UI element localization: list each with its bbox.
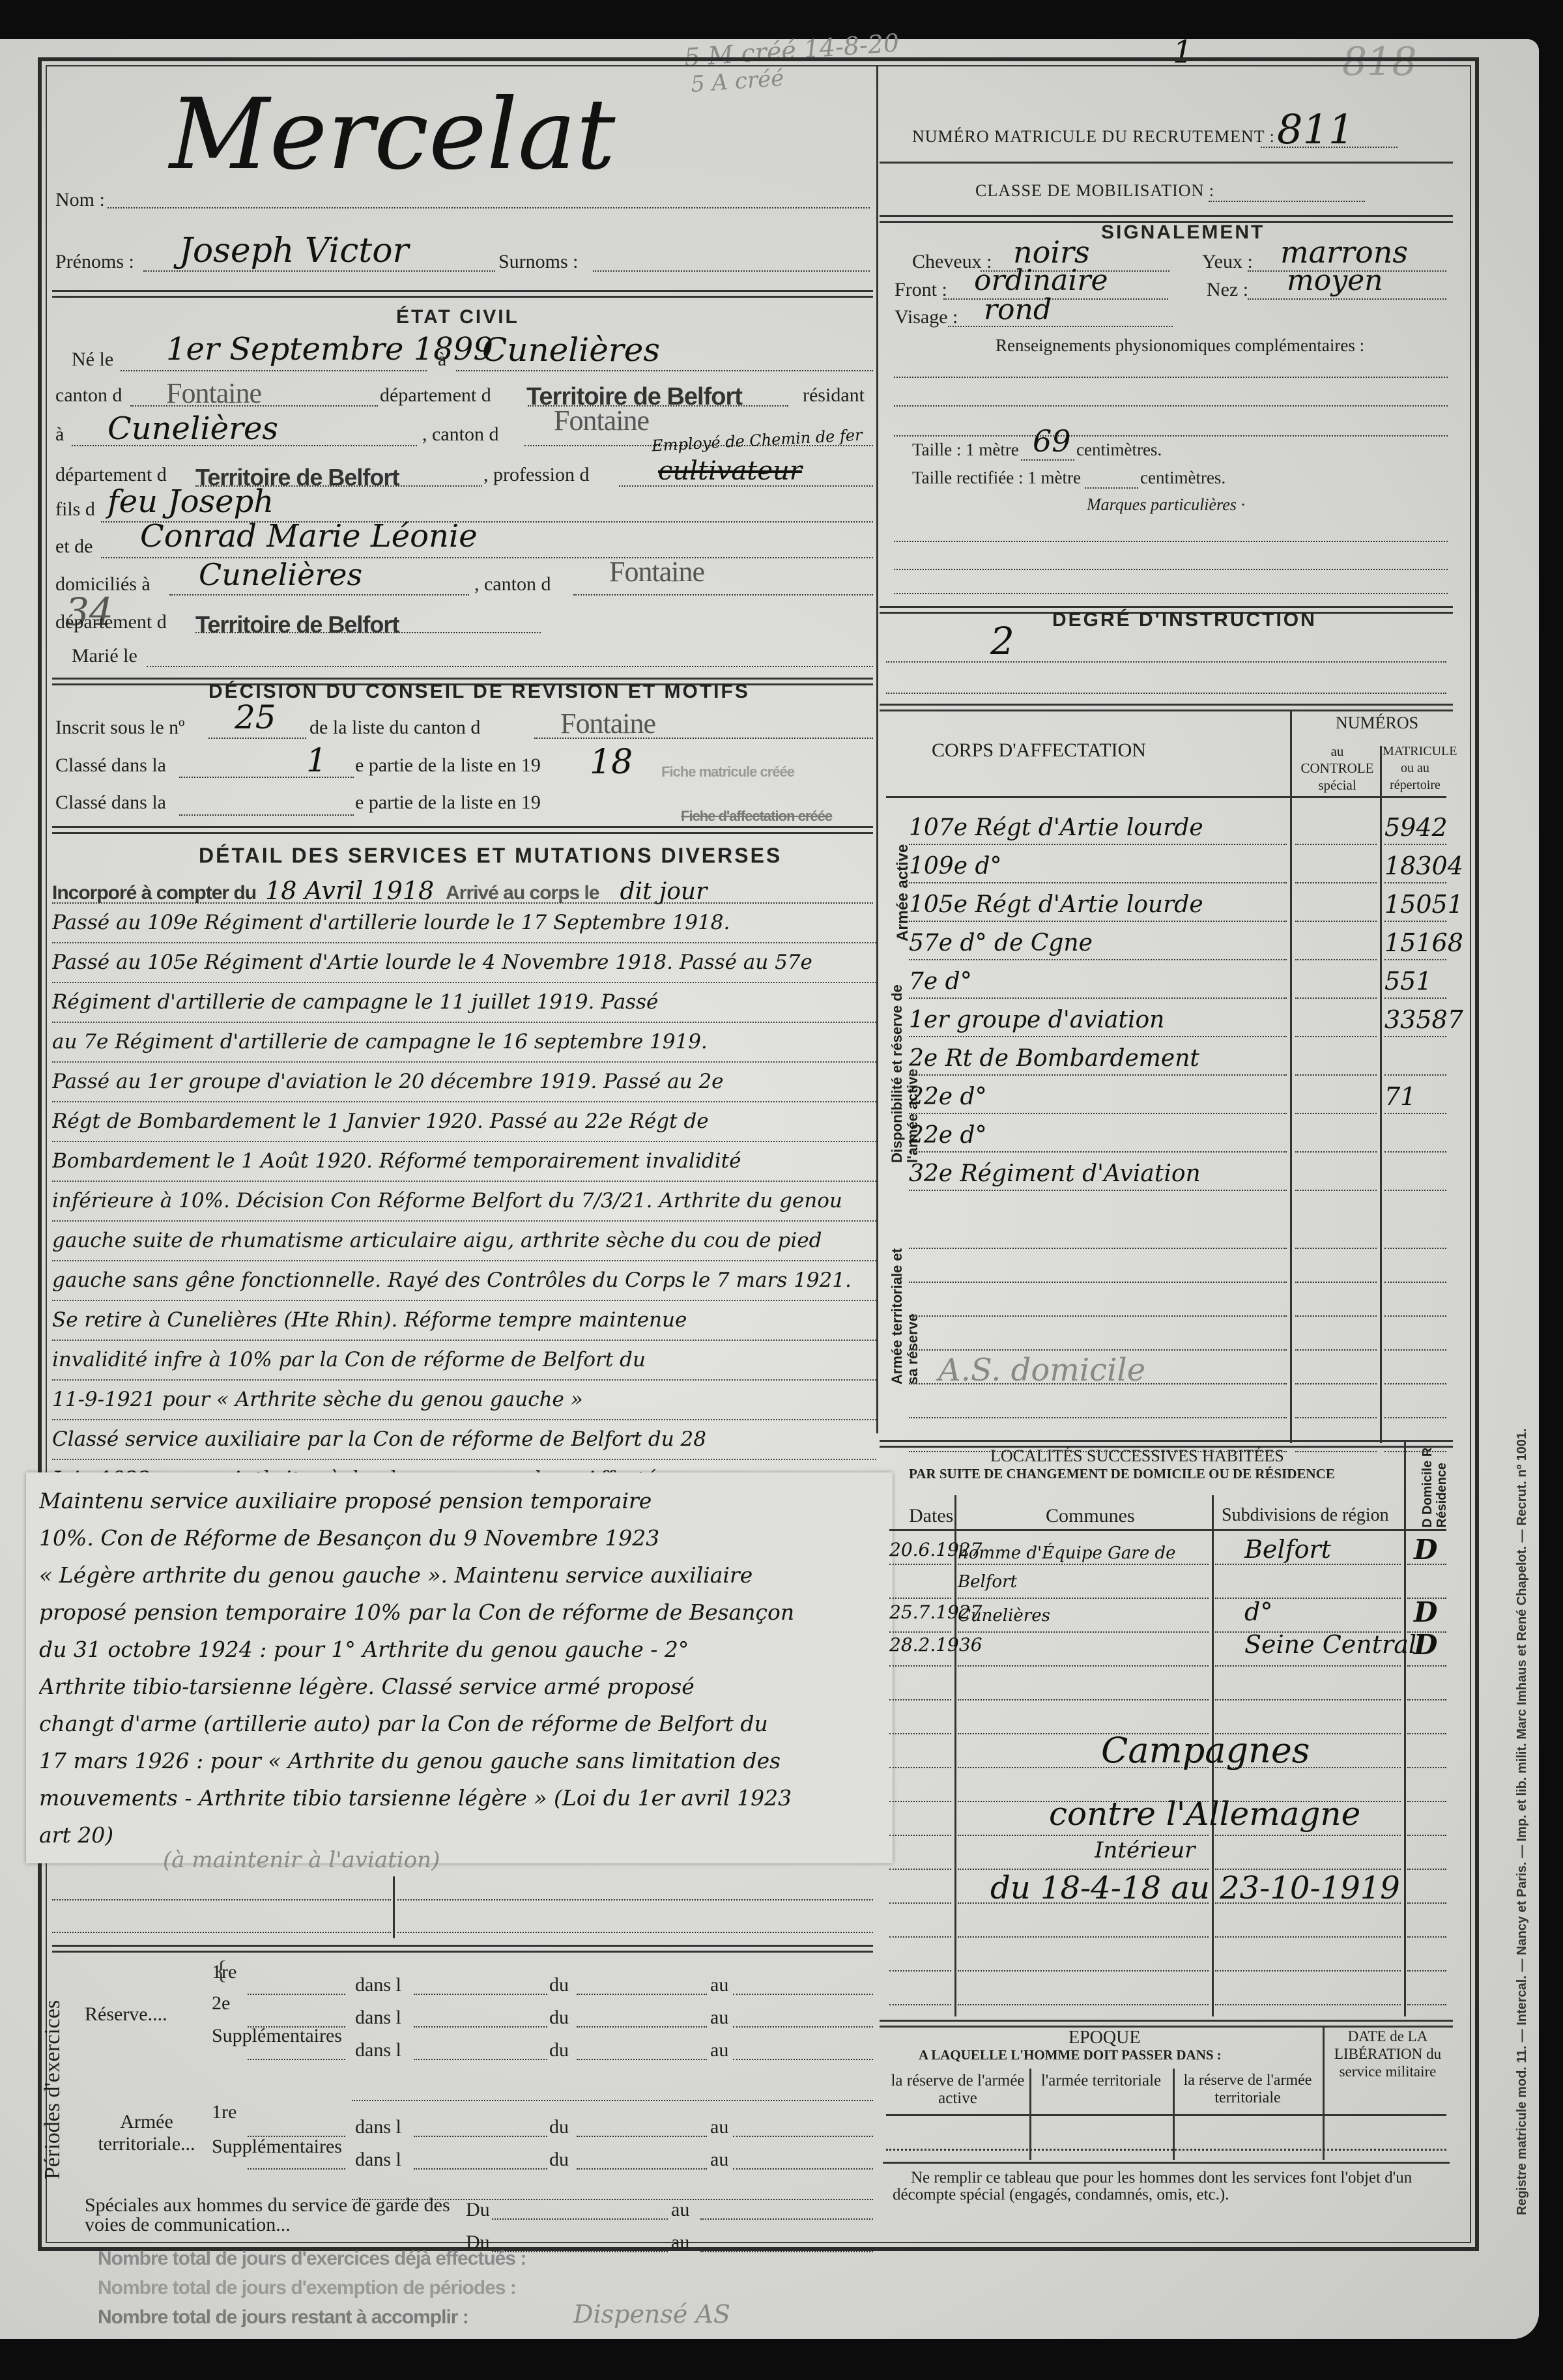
fils-value: feu Joseph (108, 483, 274, 520)
corps-row-line (1384, 1113, 1446, 1114)
periode-au-line (733, 2136, 873, 2137)
periode-dans-line (414, 2168, 547, 2170)
periode-dans-label: dans l (355, 2116, 401, 2138)
divider (880, 162, 1453, 164)
col-controle: au CONTROLE spécial (1297, 743, 1378, 794)
territoriale-row-line (909, 1248, 1287, 1249)
epoque-row-line (886, 2149, 1446, 2151)
degre-value: 2 (990, 619, 1014, 663)
residant-label: résidant (803, 384, 865, 407)
localites-row-line (889, 1564, 951, 1565)
corps-row-line (909, 1036, 1287, 1037)
visage-line (948, 326, 1173, 327)
etat-civil-title: ÉTAT CIVIL (396, 306, 519, 328)
corps-row-line (909, 844, 1287, 845)
localites-col-divider (1404, 1440, 1406, 2016)
nez-label: Nez : (1207, 279, 1248, 301)
pasted-line: changt d'arme (artillerie auto) par la C… (39, 1705, 880, 1742)
campagnes-line3: du 18-4-18 au 23-10-1919 (990, 1870, 1400, 1906)
col-communes: Communes (1046, 1505, 1135, 1527)
speciales-au-1: au (671, 2199, 689, 2221)
speciales-label: Spéciales aux hommes du service de garde… (85, 2196, 463, 2235)
speciales-au-line (700, 2251, 873, 2252)
incorpore-label: Incorporé à compter du (52, 882, 256, 904)
reserve-second-label: 2e (212, 1992, 230, 2014)
domicilies-label: domiciliés à (55, 573, 151, 595)
marie-line (147, 666, 873, 667)
territoriale-row-line (1295, 1451, 1377, 1452)
nom-label: Nom : (55, 189, 105, 211)
taille-rectifiee-unit: centimètres. (1140, 468, 1226, 488)
nez-value: moyen (1287, 264, 1383, 297)
inscrit-label: Inscrit sous le nº (55, 717, 184, 739)
periode-line (248, 2059, 345, 2060)
localite-dr: D (1414, 1596, 1437, 1628)
pasted-line: proposé pension temporaire 10% par la Co… (39, 1594, 880, 1631)
classe1-suffix: e partie de la liste en 19 (355, 754, 541, 777)
corps-row-name: 109e d° (909, 853, 1287, 880)
service-line: au 7e Régiment d'artillerie de campagne … (52, 1023, 876, 1063)
taille-rectifiee-label: Taille rectifiée : 1 mètre (912, 468, 1081, 488)
domicilies-canton-stamp: Fontaine (609, 555, 704, 588)
prenoms-value: Joseph Victor (179, 231, 409, 270)
periode-au-label: au (710, 2007, 728, 2029)
corps-row-line (1295, 1074, 1377, 1076)
pasted-line: du 31 octobre 1924 : pour 1° Arthrite du… (39, 1631, 880, 1668)
decision-title: DÉCISION DU CONSEIL DE REVISION ET MOTIF… (208, 681, 750, 703)
periode-line (248, 2136, 345, 2137)
classe2-label: Classé dans la (55, 792, 166, 814)
birthplace-value: Cunelières (482, 331, 660, 369)
speciales-du-1: Du (466, 2199, 490, 2221)
territoriale-row-line (909, 1349, 1287, 1351)
periode-du-line (577, 1994, 707, 1995)
residant-a-value: Cunelières (108, 410, 278, 447)
degre-title: DEGRÉ D'INSTRUCTION (1052, 609, 1317, 631)
service-line: invalidité infre à 10% par la Con de réf… (52, 1341, 876, 1381)
marques-line (894, 593, 1448, 594)
localites-row-line (1215, 1835, 1401, 1836)
corps-row-line (1295, 1151, 1377, 1153)
domicilies-canton-label: , canton d (474, 573, 551, 595)
localites-row-line (889, 1869, 951, 1870)
corps-row-line (1295, 921, 1377, 922)
liste-canton-stamp: Fontaine (560, 707, 655, 740)
section-territoriale: Armée territoriale et sa réserve (889, 1241, 921, 1384)
periode-au-label: au (710, 2116, 728, 2138)
localites-row-line (1215, 1665, 1401, 1667)
domicilies-departement-label: département d (55, 611, 167, 633)
prenoms-line (143, 270, 495, 272)
localites-row-line (1407, 1970, 1446, 1971)
reserve-label: Réserve.... (85, 2003, 167, 2026)
localites-row-line (1215, 1936, 1401, 1938)
pasted-line: mouvements - Arthrite tibio tarsienne lé… (39, 1779, 880, 1816)
corps-row-name: 22e d° (909, 1083, 1287, 1110)
territoriale-label: Armée territoriale... (85, 2111, 208, 2155)
corps-row-line (1295, 997, 1377, 999)
corps-col-divider (1290, 710, 1292, 1443)
corps-row-name: 32e Régiment d'Aviation (909, 1160, 1287, 1187)
periode-au-label: au (710, 2039, 728, 2061)
epoque-note: Ne remplir ce tableau que pour les homme… (893, 2170, 1446, 2203)
surnoms-label: Surnoms : (498, 251, 579, 273)
pasted-line: Arthrite tibio-tarsienne légère. Classé … (39, 1668, 880, 1705)
classe1-value: 1 (306, 741, 327, 779)
speciales-au-2: au (671, 2231, 689, 2254)
classe-line (1209, 201, 1365, 202)
service-line: Se retire à Cunelières (Hte Rhin). Réfor… (52, 1301, 876, 1341)
periode-line (248, 2168, 345, 2170)
domicilies-departement-stamp: Territoire de Belfort (195, 611, 399, 638)
localites-row-line (889, 1598, 951, 1599)
taille-label: Taille : 1 mètre (912, 440, 1019, 460)
corps-row-matricule: 551 (1384, 967, 1432, 996)
divider (52, 1945, 873, 1953)
periode-au-line (733, 2026, 873, 2028)
campagnes-line2: Intérieur (1095, 1837, 1196, 1863)
departement-label: département d (380, 384, 491, 407)
epoque-col-divider (1323, 2026, 1325, 2160)
service-line: Régiment d'artillerie de campagne le 11 … (52, 983, 876, 1023)
localites-header-rule (889, 1529, 1446, 1531)
corps-row-name: 107e Régt d'Artie lourde (909, 814, 1287, 841)
fils-label: fils d (55, 498, 95, 521)
localites-row-line (1407, 1767, 1446, 1768)
localites-row-line (889, 1936, 951, 1938)
localites-row-line (958, 1631, 1209, 1633)
taille-unit: centimètres. (1076, 440, 1162, 460)
localites-row-line (1215, 1970, 1401, 1971)
periode-du-label: du (549, 2039, 569, 2061)
localites-subtitle: PAR SUITE DE CHANGEMENT DE DOMICILE OU D… (909, 1466, 1335, 1482)
localites-row-line (1407, 1869, 1446, 1870)
visage-value: rond (984, 293, 1052, 326)
pencil-note: (à maintenir à l'aviation) (163, 1847, 440, 1873)
localites-row-line (1407, 1936, 1446, 1938)
pasted-line: 17 mars 1926 : pour « Arthrite du genou … (39, 1742, 880, 1779)
taille-value: 69 (1033, 423, 1071, 459)
front-line (943, 298, 1168, 300)
territoriale-row-line (1295, 1383, 1377, 1384)
corps-row-matricule: 5942 (1384, 813, 1448, 842)
total-exemption: Nombre total de jours d'exemption de pér… (98, 2277, 516, 2299)
blank-line (397, 1899, 873, 1900)
territoriale-row-line (1384, 1248, 1446, 1249)
corps-row-line (1384, 882, 1446, 883)
service-line: Passé au 109e Régiment d'artillerie lour… (52, 904, 876, 943)
localites-row-line (1407, 1733, 1446, 1734)
corps-row-line (909, 1113, 1287, 1114)
pasted-line: « Légère arthrite du genou gauche ». Mai… (39, 1556, 880, 1594)
corps-row-line (1295, 1190, 1377, 1191)
localites-row-line (1407, 1665, 1446, 1667)
periode-dans-line (414, 2136, 547, 2137)
epoque-col3: la réserve de l'armée territoriale (1176, 2072, 1319, 2107)
localites-row-line (889, 1631, 951, 1633)
arrive-value: dit jour (620, 878, 708, 905)
front-label: Front : (895, 279, 947, 301)
corps-row-line (909, 882, 1287, 883)
renseignements-label: Renseignements physionomiques complément… (996, 336, 1364, 356)
territoriale-row-line (1384, 1417, 1446, 1418)
periode-au-line (733, 2059, 873, 2060)
signalement-title: SIGNALEMENT (1101, 222, 1265, 244)
degre-line (886, 693, 1446, 694)
canton-label: canton d (55, 384, 122, 407)
domicilies-value: Cunelières (199, 557, 362, 592)
corps-row-line (1295, 959, 1377, 960)
corps-row-line (1384, 1151, 1446, 1153)
corps-row-line (909, 959, 1287, 960)
service-line: inférieure à 10%. Décision Con Réforme B… (52, 1182, 876, 1222)
territoriale-row-line (1295, 1282, 1377, 1283)
territoriale-row-line (1295, 1248, 1377, 1249)
corps-row-line (909, 1074, 1287, 1076)
corps-row-line (909, 1190, 1287, 1191)
corps-title: CORPS D'AFFECTATION (932, 739, 1146, 762)
numeros-title: NUMÉROS (1336, 713, 1418, 733)
corps-row-name: 7e d° (909, 968, 1287, 995)
territoriale-row-line (1295, 1315, 1377, 1317)
corps-row-matricule: 33587 (1384, 1005, 1463, 1034)
blank-line (397, 1932, 873, 1933)
corps-row-matricule: 15168 (1384, 928, 1463, 957)
visage-label: Visage : (895, 306, 958, 328)
renseignements-line (894, 377, 1448, 378)
localites-row-line (1215, 2004, 1401, 2005)
periode-du-line (577, 2168, 707, 2170)
corps-row-name: 57e d° de Cgne (909, 930, 1287, 956)
ne-le-label: Né le (72, 349, 113, 371)
corps-row-line (1295, 1113, 1377, 1114)
periode-du-label: du (549, 2116, 569, 2138)
epoque-col1: la réserve de l'armée active (889, 2072, 1026, 2107)
corps-row-name: 22e d° (909, 1122, 1287, 1149)
territoriale-row-line (909, 1417, 1287, 1418)
periode-dans-line (414, 1994, 547, 1995)
localites-row-line (1215, 1564, 1401, 1565)
localites-row-line (958, 1665, 1209, 1667)
periode-line (248, 2026, 345, 2028)
periode-du-label: du (549, 2007, 569, 2029)
corps-row-line (909, 997, 1287, 999)
periode-du-line (577, 2136, 707, 2137)
et-de-label: et de (55, 536, 93, 558)
front-value: ordinaire (974, 264, 1108, 297)
arrive-label: Arrivé au corps le (446, 882, 599, 904)
periode-line (248, 1994, 345, 1995)
corps-row-line (1384, 1074, 1446, 1076)
territoriale-row-line (1384, 1383, 1446, 1384)
localites-row-line (958, 1835, 1209, 1836)
divider (52, 826, 873, 834)
prenoms-label: Prénoms : (55, 251, 134, 273)
service-line: gauche suite de rhumatisme articulaire a… (52, 1222, 876, 1261)
divider (52, 290, 873, 298)
pasted-line: Maintenu service auxiliaire proposé pens… (39, 1482, 880, 1519)
classe1-line (179, 777, 354, 778)
classe1-label: Classé dans la (55, 754, 166, 777)
localite-dr: D (1414, 1534, 1437, 1566)
stamp-fiche-affectation: Fiche d'affectation créée (681, 808, 832, 825)
nom-value: Mercelat (169, 78, 616, 192)
localites-row-line (889, 1970, 951, 1971)
periode-au-line (733, 2168, 873, 2170)
renseignements-line (894, 405, 1448, 407)
matricule-label: NUMÉRO MATRICULE DU RECRUTEMENT : (912, 127, 1275, 147)
corps-row-matricule: 15051 (1384, 890, 1463, 919)
renseignements-line (894, 435, 1448, 437)
localites-row-line (1407, 1835, 1446, 1836)
corps-row-line (1384, 997, 1446, 999)
epoque-col2: l'armée territoriale (1033, 2072, 1169, 2089)
localites-row-line (1215, 1598, 1401, 1599)
corps-row-matricule: 18304 (1384, 852, 1463, 880)
service-line: Bombardement le 1 Août 1920. Réformé tem… (52, 1142, 876, 1182)
periode-au-line (733, 1994, 873, 1995)
ne-le-line (121, 370, 427, 371)
localites-row-line (958, 1598, 1209, 1599)
domicilies-departement-line (195, 632, 541, 633)
stamp-fiche-matricule: Fiche matricule créée (661, 764, 794, 781)
localite-subdivision: Seine Central (1244, 1630, 1416, 1659)
matricule-value: 811 (1277, 106, 1354, 153)
liste-canton-label: de la liste du canton d (309, 717, 480, 739)
campagnes-line1: contre l'Allemagne (1049, 1795, 1360, 1833)
residant-canton-stamp: Fontaine (554, 404, 649, 437)
corps-row-line (1295, 844, 1377, 845)
residant-departement-label: département d (55, 464, 167, 486)
territoriale-row-line (1384, 1315, 1446, 1317)
corps-row-name: 1er groupe d'aviation (909, 1007, 1287, 1033)
corps-row-line (1384, 921, 1446, 922)
epoque-subtitle: A LAQUELLE L'HOMME DOIT PASSER DANS : (919, 2047, 1222, 2063)
yeux-label: Yeux : (1202, 251, 1253, 273)
localite-commune: Cunelières (958, 1601, 1209, 1630)
localites-title: LOCALITÉS SUCCESSIVES HABITÉES (990, 1446, 1284, 1466)
marques-label: Marques particulières · (1087, 495, 1245, 515)
service-line: Passé au 1er groupe d'aviation le 20 déc… (52, 1063, 876, 1102)
periode-blank-line (352, 2100, 873, 2101)
periode-du-label: du (549, 2149, 569, 2171)
divider (883, 2162, 1450, 2164)
blank-line (52, 1932, 391, 1933)
localites-row-line (889, 1835, 951, 1836)
localites-col-divider (954, 1495, 956, 2016)
classe-label: CLASSE DE MOBILISATION : (975, 181, 1214, 201)
territoriale-row-line (1384, 1349, 1446, 1351)
signature: A.S. domicile (938, 1352, 1145, 1388)
localites-row-line (889, 1699, 951, 1700)
surnoms-line (593, 270, 870, 272)
localites-row-line (889, 1801, 951, 1802)
marques-line (894, 569, 1448, 570)
taille-line (1021, 459, 1074, 461)
epoque-header-rule (886, 2114, 1446, 2116)
printer-imprint: Registre matricule mod. 11. — Intercal. … (1515, 1428, 1530, 2215)
total-restant: Nombre total de jours restant à accompli… (98, 2306, 468, 2329)
corps-row-line (909, 921, 1287, 922)
localites-row-line (889, 1767, 951, 1768)
corps-row-line (1384, 1036, 1446, 1037)
corps-col-divider (1380, 746, 1382, 1443)
localites-row-line (958, 1970, 1209, 1971)
blank-line (52, 1899, 391, 1900)
blank-divider (393, 1876, 395, 1938)
territoriale-supp-label: Supplémentaires (212, 2137, 316, 2157)
corps-row-line (1295, 882, 1377, 883)
domicilies-canton-line (573, 594, 873, 595)
periode-dans-line (414, 2026, 547, 2028)
nez-line (1248, 298, 1446, 300)
campagnes-title: Campagnes (1101, 1730, 1310, 1771)
localites-row-line (1407, 2004, 1446, 2005)
localites-row-line (1215, 1699, 1401, 1700)
periode-dans-label: dans l (355, 2007, 401, 2029)
total-restant-value: Dispensé AS (573, 2300, 730, 2329)
canton-stamp: Fontaine (166, 377, 261, 410)
territoriale-row-line (1295, 1417, 1377, 1418)
col-dates: Dates (909, 1505, 953, 1527)
reserve-supp-label: Supplémentaires (212, 2026, 316, 2046)
corps-row-line (909, 1151, 1287, 1153)
divider (880, 2020, 1453, 2028)
localite-dr: D (1414, 1629, 1437, 1661)
services-title: DÉTAIL DES SERVICES ET MUTATIONS DIVERSE… (199, 844, 782, 868)
classe2-line (179, 814, 354, 816)
corps-row-line (1295, 1036, 1377, 1037)
localites-row-line (958, 1936, 1209, 1938)
col-matricule: MATRICULE ou au répertoire (1383, 743, 1448, 794)
pasted-slip-text: Maintenu service auxiliaire proposé pens… (39, 1482, 880, 1854)
localites-row-line (889, 1733, 951, 1734)
divider (880, 704, 1453, 711)
et-de-value: Conrad Marie Léonie (140, 518, 478, 554)
total-effectues: Nombre total de jours d'exercices déjà e… (98, 2248, 526, 2270)
localite-subdivision: Belfort (1244, 1535, 1331, 1564)
periode-du-label: du (549, 1974, 569, 1996)
corps-row-line (1384, 1190, 1446, 1191)
residant-a-label: à (55, 423, 64, 446)
periode-dans-label: dans l (355, 2149, 401, 2171)
incorpore-row: Incorporé à compter du 18 Avril 1918 Arr… (52, 876, 707, 905)
territoriale-row-line (1384, 1282, 1446, 1283)
localites-row-line (889, 2004, 951, 2005)
corps-row-line (1384, 844, 1446, 845)
incorpore-value: 18 Avril 1918 (265, 876, 434, 905)
territoriale-first-label: 1re (212, 2101, 237, 2123)
marie-label: Marié le (72, 645, 137, 667)
inscrit-value: 25 (235, 698, 276, 736)
date-liberation-title: DATE de LA LIBÉRATION du service militai… (1326, 2028, 1450, 2080)
territoriale-row-line (909, 1315, 1287, 1317)
service-line: gauche sans gêne fonctionnelle. Rayé des… (52, 1261, 876, 1301)
localite-subdivision: d° (1244, 1598, 1272, 1626)
periode-du-line (577, 2026, 707, 2028)
periode-dans-line (414, 2059, 547, 2060)
a-label: à (438, 349, 446, 371)
profession-label: , profession d (483, 464, 589, 486)
profession-value: cultivateur (658, 456, 802, 486)
periode-au-label: au (710, 2149, 728, 2171)
service-line: Passé au 105e Régiment d'Artie lourde le… (52, 943, 876, 983)
corps-row-name: 2e Rt de Bombardement (909, 1045, 1287, 1072)
marques-line (894, 541, 1448, 542)
nom-line (108, 207, 870, 208)
corps-header-rule (886, 796, 1446, 798)
service-line: 11-9-1921 pour « Arthrite sèche du genou… (52, 1381, 876, 1420)
